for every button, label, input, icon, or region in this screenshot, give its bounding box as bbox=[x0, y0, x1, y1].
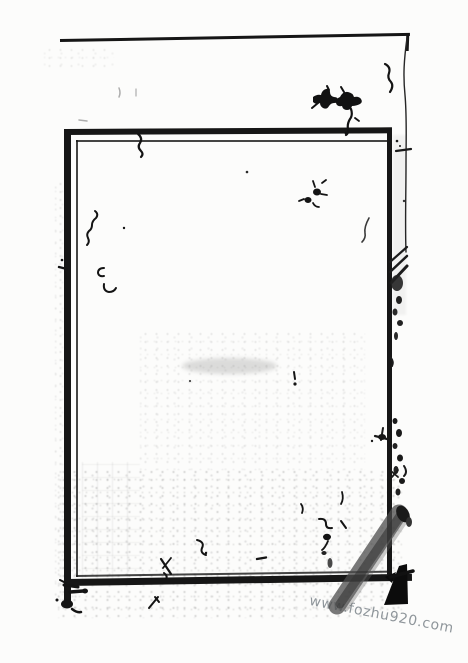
inner-bottom-blot-cluster bbox=[319, 519, 346, 568]
ink-stain-layer bbox=[0, 0, 468, 663]
ink-splatter-pair bbox=[336, 87, 362, 135]
bottom-left-corner-blots bbox=[56, 580, 89, 612]
left-margin-squiggle bbox=[59, 211, 125, 292]
fold-hatch-wedge bbox=[390, 247, 407, 366]
top-border-hook bbox=[138, 134, 143, 157]
spider-blot bbox=[246, 171, 327, 207]
corner-black-wedge bbox=[384, 564, 413, 605]
corner-bracket-marks bbox=[396, 140, 411, 203]
ink-splatter-upper bbox=[312, 86, 338, 109]
page-edge-line bbox=[404, 38, 407, 252]
right-margin-brace bbox=[385, 64, 392, 92]
inner-lower-marks bbox=[189, 372, 343, 559]
scanned-page: www.fozhu920.com bbox=[0, 0, 468, 663]
bottom-border-cross-mark bbox=[149, 558, 171, 608]
right-border-blot-chain bbox=[371, 418, 406, 496]
thin-slash-mark bbox=[362, 218, 369, 242]
faint-ticks bbox=[79, 88, 136, 121]
